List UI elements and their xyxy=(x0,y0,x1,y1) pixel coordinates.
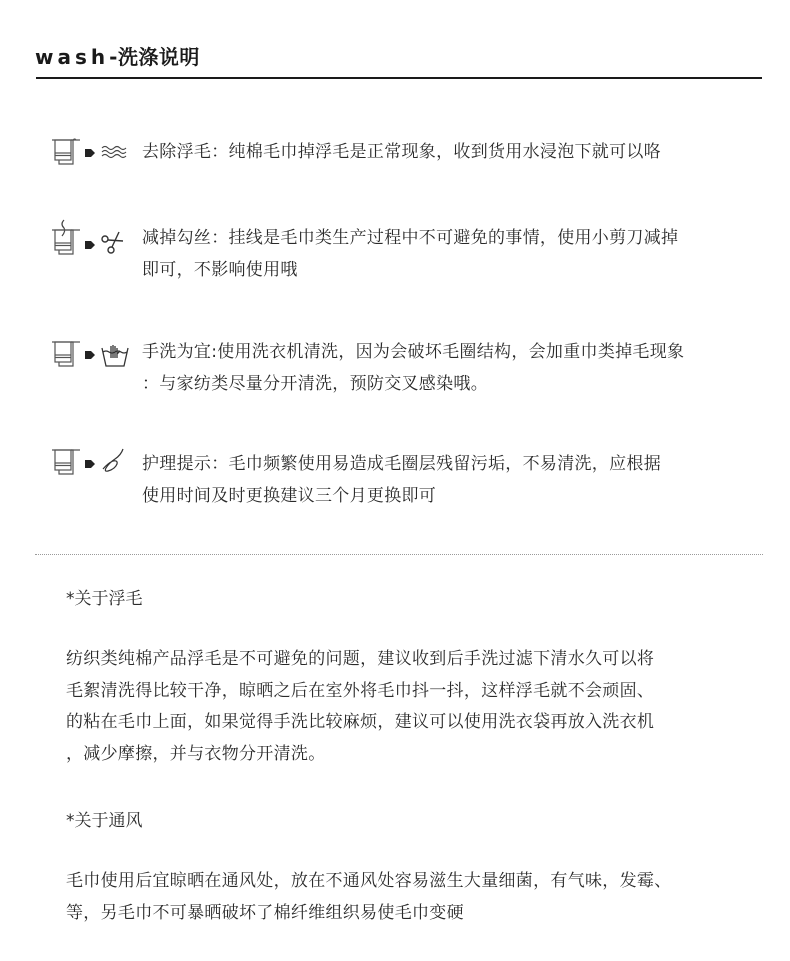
care-step-remove-lint: 去除浮毛：纯棉毛巾掉浮毛是正常现象，收到货用水浸泡下就可以咯 xyxy=(45,136,755,176)
arrow-icon xyxy=(85,350,95,360)
note-body-lint: 纺织类纯棉产品浮毛是不可避免的问题，建议收到后手洗过滤下清水久可以将 毛絮清洗得… xyxy=(66,644,746,770)
step-text-line: 手洗为宜:使用洗衣机清洗，因为会破坏毛圈结构，会加重巾类掉毛现象 xyxy=(142,336,752,368)
arrow-icon xyxy=(85,240,95,250)
hand-wash-icon xyxy=(101,340,129,368)
note-heading-lint: *关于浮毛 xyxy=(66,584,143,609)
step-text-line: 减掉勾丝：挂线是毛巾类生产过程中不可避免的事情，使用小剪刀减掉 xyxy=(142,222,752,254)
care-step-care-tips: 护理提示：毛巾频繁使用易造成毛圈层残留污垢，不易清洗，应根据 使用时间及时更换建… xyxy=(45,448,755,518)
step-icons xyxy=(45,336,135,376)
scissors-icon xyxy=(101,230,125,256)
step-text: 减掉勾丝：挂线是毛巾类生产过程中不可避免的事情，使用小剪刀减掉 即可，不影响使用… xyxy=(142,222,752,286)
step-text-line: 使用时间及时更换建议三个月更换即可 xyxy=(142,480,752,512)
title-divider xyxy=(36,77,762,79)
note-line: 毛絮清洗得比较干净，晾晒之后在室外将毛巾抖一抖，这样浮毛就不会顽固、 xyxy=(66,676,746,708)
note-line: 的粘在毛巾上面，如果觉得手洗比较麻烦，建议可以使用洗衣袋再放入洗衣机 xyxy=(66,707,746,739)
towel-icon xyxy=(51,446,81,478)
thread-loop-icon xyxy=(101,448,127,476)
step-icons xyxy=(45,448,135,488)
care-step-hand-wash: 手洗为宜:使用洗衣机清洗，因为会破坏毛圈结构，会加重巾类掉毛现象 ：与家纺类尽量… xyxy=(45,336,755,406)
title-separator: - xyxy=(109,45,118,69)
step-text-line: ：与家纺类尽量分开清洗，预防交叉感染哦。 xyxy=(142,368,752,400)
step-text: 手洗为宜:使用洗衣机清洗，因为会破坏毛圈结构，会加重巾类掉毛现象 ：与家纺类尽量… xyxy=(142,336,752,400)
care-step-trim-snags: 减掉勾丝：挂线是毛巾类生产过程中不可避免的事情，使用小剪刀减掉 即可，不影响使用… xyxy=(45,222,755,292)
step-text-line: 护理提示：毛巾频繁使用易造成毛圈层残留污垢，不易清洗，应根据 xyxy=(142,448,752,480)
step-text-line: 去除浮毛：纯棉毛巾掉浮毛是正常现象，收到货用水浸泡下就可以咯 xyxy=(142,136,752,168)
title-chinese: 洗涤说明 xyxy=(118,45,200,69)
towel-icon xyxy=(51,338,81,370)
towel-with-thread-icon xyxy=(51,218,81,258)
note-body-ventilation: 毛巾使用后宜晾晒在通风处，放在不通风处容易滋生大量细菌，有气味，发霉、 等，另毛… xyxy=(66,866,746,929)
note-line: 毛巾使用后宜晾晒在通风处，放在不通风处容易滋生大量细菌，有气味，发霉、 xyxy=(66,866,746,898)
note-line: 纺织类纯棉产品浮毛是不可避免的问题，建议收到后手洗过滤下清水久可以将 xyxy=(66,644,746,676)
towel-icon xyxy=(51,136,81,168)
step-text-line: 即可，不影响使用哦 xyxy=(142,254,752,286)
step-icons xyxy=(45,222,135,262)
step-icons xyxy=(45,136,135,176)
page-title: wash-洗涤说明 xyxy=(35,41,200,70)
step-text: 去除浮毛：纯棉毛巾掉浮毛是正常现象，收到货用水浸泡下就可以咯 xyxy=(142,136,752,168)
note-line: 等，另毛巾不可暴晒破坏了棉纤维组织易使毛巾变硬 xyxy=(66,898,746,930)
arrow-icon xyxy=(85,148,95,158)
note-line: ，减少摩擦，并与衣物分开清洗。 xyxy=(66,739,746,771)
step-text: 护理提示：毛巾频繁使用易造成毛圈层残留污垢，不易清洗，应根据 使用时间及时更换建… xyxy=(142,448,752,512)
section-divider xyxy=(35,554,763,555)
water-waves-icon xyxy=(101,138,127,162)
title-latin: wash xyxy=(35,45,109,69)
note-heading-ventilation: *关于通风 xyxy=(66,806,143,831)
arrow-icon xyxy=(85,459,95,469)
